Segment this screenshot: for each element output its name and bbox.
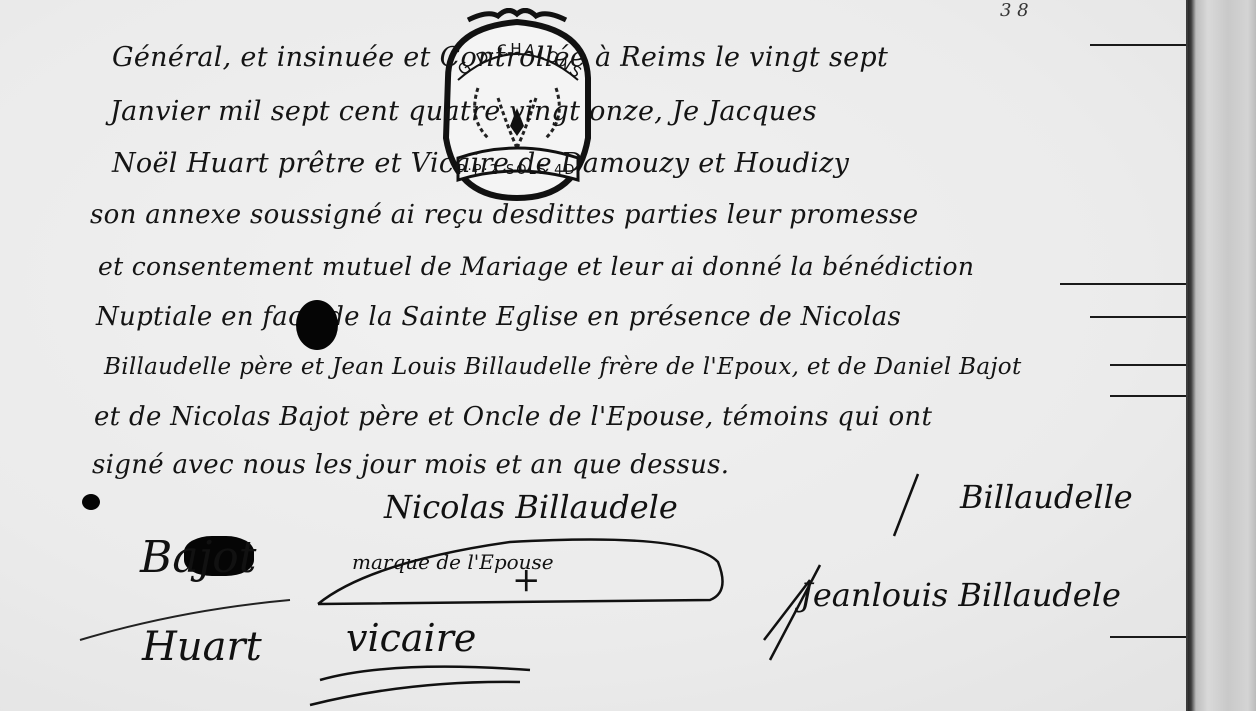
record-line-3: Noël Huart prêtre et Vicaire de Damouzy … [112, 148, 849, 179]
line-filler-rule [1110, 364, 1186, 366]
signature-slash-icon [888, 470, 928, 540]
corner-page-mark: 3 8 [1000, 0, 1029, 21]
record-line-4: son annexe soussigné ai reçu desdittes p… [90, 200, 918, 230]
document-page: 3 8 G·D·CHALONS P·P·2 SOLS 4D Général, e… [0, 0, 1256, 711]
line-filler-rule [1060, 283, 1186, 285]
signature-billaudelle: Billaudelle [960, 478, 1133, 516]
record-line-9: signé avec nous les jour mois et an que … [92, 450, 729, 480]
record-line-2: Janvier mil sept cent quatre vingt onze,… [110, 96, 817, 127]
signature-paraph-slash-icon [760, 560, 840, 670]
record-line-7: Billaudelle père et Jean Louis Billaudel… [104, 354, 1022, 380]
record-line-5: et consentement mutuel de Mariage et leu… [98, 252, 974, 281]
line-filler-rule [1110, 395, 1186, 397]
line-filler-rule [1110, 636, 1186, 638]
record-line-8: et de Nicolas Bajot père et Oncle de l'E… [94, 402, 932, 432]
ink-blot [82, 494, 100, 510]
line-filler-rule [1090, 316, 1186, 318]
signature-nicolas-billaudele: Nicolas Billaudele [384, 488, 678, 526]
record-line-1: Général, et insinuée et Controllée à Rei… [112, 42, 888, 73]
signature-bajot: Bajot [140, 532, 256, 583]
ink-blot [296, 300, 338, 350]
signature-paraph-strokes-icon [60, 580, 620, 711]
line-filler-rule [1090, 44, 1186, 46]
signature-jean-louis-billaudele: Jeanlouis Billaudele [800, 576, 1121, 614]
record-line-6: Nuptiale en face de la Sainte Eglise en … [96, 302, 901, 332]
page-binding-spine [1188, 0, 1256, 711]
